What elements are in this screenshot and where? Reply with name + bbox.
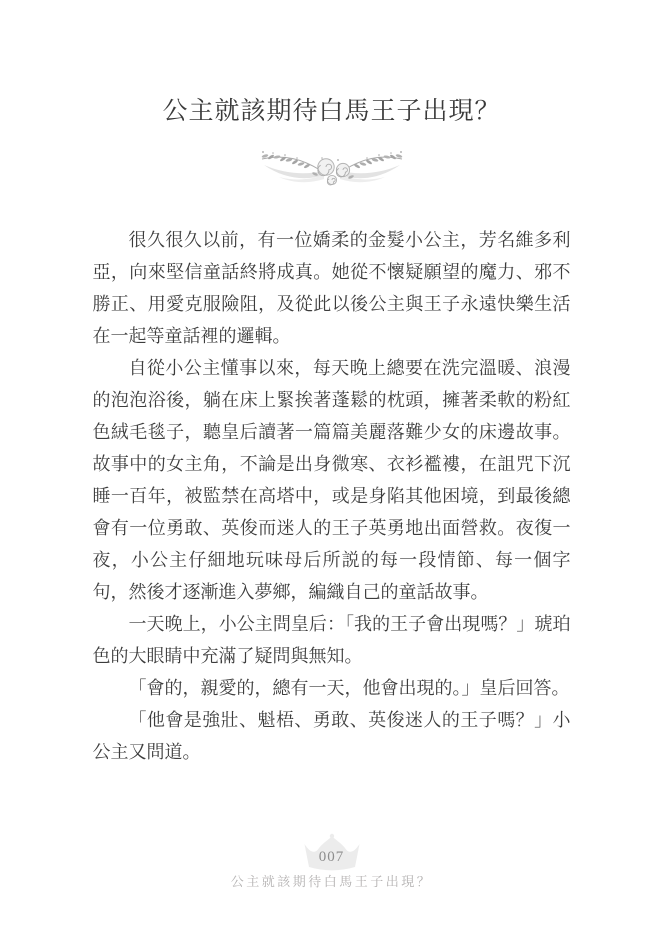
floral-divider-icon bbox=[252, 146, 412, 190]
page-footer: 007 公主就該期待白馬王子出現？ bbox=[0, 833, 663, 890]
running-title: 公主就該期待白馬王子出現？ bbox=[0, 871, 663, 890]
body-paragraph: 自從小公主懂事以來，每天晚上總要在洗完溫暖、浪漫的泡泡浴後，躺在床上緊挨著蓬鬆的… bbox=[93, 352, 571, 608]
body-paragraph: 「會的，親愛的，總有一天，他會出現的。」皇后回答。 bbox=[93, 672, 571, 704]
page-number: 007 bbox=[302, 849, 362, 866]
body-text: 很久很久以前，有一位嬌柔的金髮小公主，芳名維多利亞，向來堅信童話終將成真。她從不… bbox=[93, 224, 571, 768]
body-paragraph: 「他會是強壯、魁梧、勇敢、英俊迷人的王子嗎？」小公主又問道。 bbox=[93, 704, 571, 768]
crown-icon: 007 bbox=[302, 833, 362, 871]
body-paragraph: 很久很久以前，有一位嬌柔的金髮小公主，芳名維多利亞，向來堅信童話終將成真。她從不… bbox=[93, 224, 571, 352]
body-paragraph: 一天晚上，小公主問皇后：「我的王子會出現嗎？」琥珀色的大眼睛中充滿了疑問與無知。 bbox=[93, 608, 571, 672]
chapter-title: 公主就該期待白馬王子出現？ bbox=[0, 0, 663, 130]
book-page: 公主就該期待白馬王子出現？ bbox=[0, 0, 663, 932]
